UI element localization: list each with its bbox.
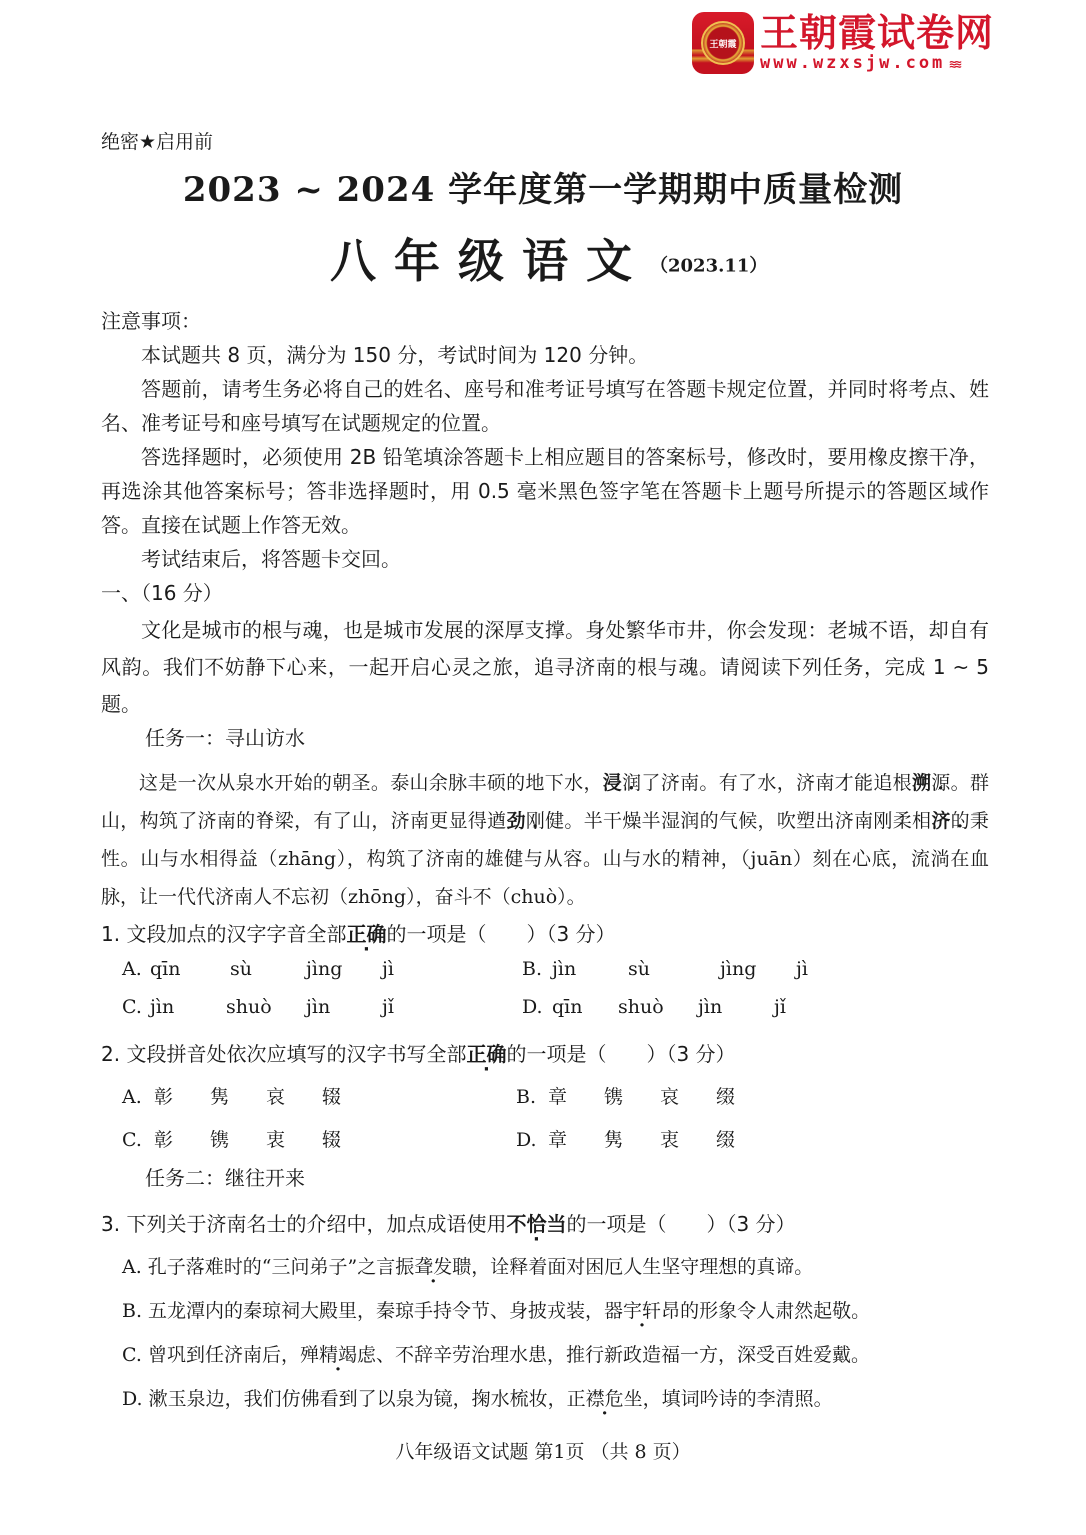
q1-option-c[interactable]: C.jìnshuòjìnjǐ <box>122 996 394 1018</box>
notice-item-4: 考试结束后，将答题卡交回。 <box>101 542 989 576</box>
exam-date: （2023.11） <box>650 256 767 277</box>
subject-name: 八年级语文 <box>330 234 650 288</box>
q3-option-d[interactable]: D. 漱玉泉边，我们仿佛看到了以泉为镜，掬水梳妆，正襟危坐，填词吟诗的李清照。 <box>122 1384 833 1411</box>
dotted-char: 溯 <box>912 772 931 794</box>
dotted-char: 浸 <box>603 772 622 794</box>
dotted-idiom: 器宇轩昂 <box>604 1300 680 1322</box>
confidential-label: 绝密★启用前 <box>101 127 213 154</box>
task-one-heading: 任务一：寻山访水 <box>145 722 305 751</box>
emphasis-text: 正确 <box>466 1042 506 1066</box>
dotted-idiom: 正襟危坐 <box>567 1388 643 1410</box>
logo-name: 王朝霞试卷网 <box>760 13 994 53</box>
reading-passage: 这是一次从泉水开始的朝圣。泰山余脉丰硕的地下水，浸润了济南。有了水，济南才能追根… <box>101 764 989 916</box>
page-footer: 八年级语文试题 第1页 （共 8 页） <box>0 1437 1086 1464</box>
q3-option-a[interactable]: A. 孔子落难时的“三问弟子”之言振聋发聩，诠释着面对困厄人生坚守理想的真谛。 <box>122 1252 813 1279</box>
section-intro: 文化是城市的根与魂，也是城市发展的深厚支撑。身处繁华市井，你会发现：老城不语，却… <box>101 612 989 723</box>
q3-option-c[interactable]: C. 曾巩到任济南后，殚精竭虑、不辞辛劳治理水患，推行新政造福一方，深受百姓爱戴… <box>122 1340 870 1367</box>
emphasis-text: 正确 <box>346 922 386 946</box>
q1-option-a[interactable]: A.qīnsùjìngjì <box>122 958 394 980</box>
notice-item-1: 本试题共 8 页，满分为 150 分，考试时间为 120 分钟。 <box>101 338 989 372</box>
logo-badge-icon: 王朝霞 <box>692 12 754 74</box>
notice-item-2: 答题前，请考生务必将自己的姓名、座号和准考证号填写在答题卡规定位置，并同时将考点… <box>101 372 989 440</box>
question-3: 3. 下列关于济南名士的介绍中，加点成语使用不恰当的一项是（ ）（3 分） <box>101 1208 796 1237</box>
q2-option-b[interactable]: B.章镌哀缀 <box>516 1082 735 1109</box>
q1-option-d[interactable]: D.qīnshuòjìnjǐ <box>522 996 786 1018</box>
emphasis-text: 不恰当 <box>506 1212 566 1236</box>
medal-icon: 王朝霞 <box>701 21 745 65</box>
task-two-heading: 任务二：继往开来 <box>145 1162 305 1191</box>
question-1: 1. 文段加点的汉字字音全部正确的一项是（ ）（3 分） <box>101 918 616 947</box>
dotted-char: 劲 <box>507 810 526 832</box>
subject-title: 八年级语文（2023.11） <box>330 225 767 291</box>
exam-title: 2023 ~ 2024 学年度第一学期期中质量检测 <box>0 162 1086 211</box>
q1-option-b[interactable]: B.jìnsùjìngjì <box>522 958 808 980</box>
question-2: 2. 文段拼音处依次应填写的汉字书写全部正确的一项是（ ）（3 分） <box>101 1038 736 1067</box>
dotted-idiom: 殚精竭虑 <box>300 1344 376 1366</box>
q2-option-d[interactable]: D.章隽衷缀 <box>516 1125 735 1152</box>
site-logo: 王朝霞 王朝霞试卷网 www.wzxsjw.com≋≋ <box>692 8 994 78</box>
logo-url: www.wzxsjw.com≋≋ <box>760 53 994 74</box>
notice-heading: 注意事项： <box>101 304 201 338</box>
notice-item-3: 答选择题时，必须使用 2B 铅笔填涂答题卡上相应题目的答案标号，修改时，要用橡皮… <box>101 440 989 542</box>
q2-option-a[interactable]: A.彰隽哀辍 <box>122 1082 341 1109</box>
waves-icon: ≋≋ <box>949 57 959 71</box>
q2-option-c[interactable]: C.彰镌衷辍 <box>122 1125 341 1152</box>
q3-option-b[interactable]: B. 五龙潭内的秦琼祠大殿里，秦琼手持令节、身披戎装，器宇轩昂的形象令人肃然起敬… <box>122 1296 870 1323</box>
section-heading: 一、（16 分） <box>101 576 223 610</box>
dotted-char: 济 <box>931 810 950 832</box>
dotted-idiom: 振聋发聩 <box>395 1256 471 1278</box>
